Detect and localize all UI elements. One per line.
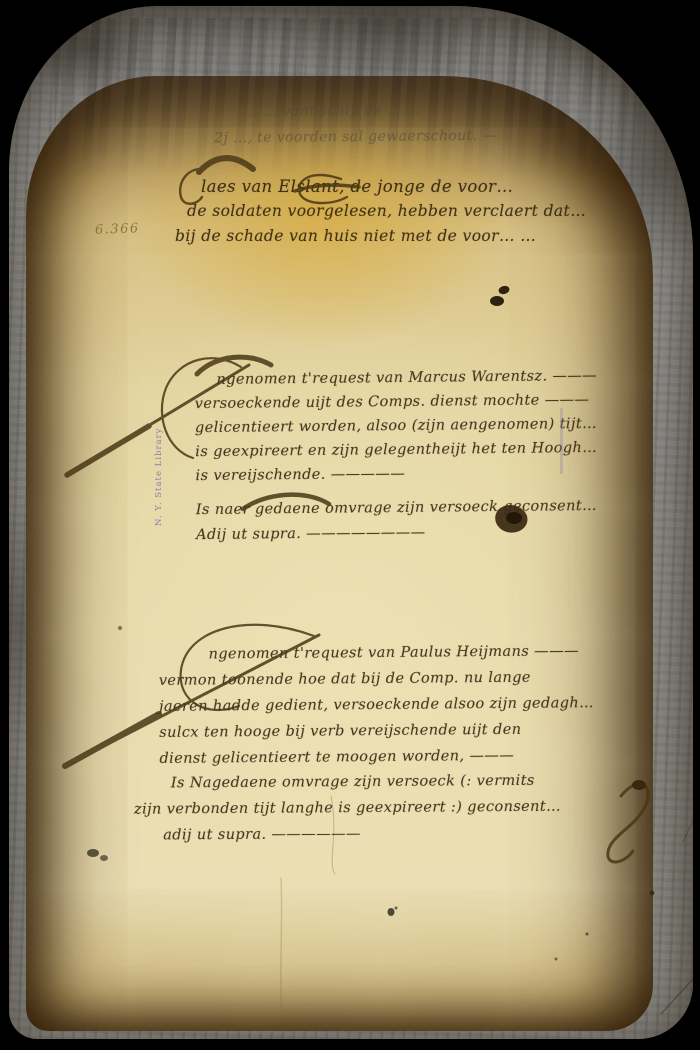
manuscript-line: 2j …, te voorden sal gewaerschout. —: [214, 123, 497, 151]
manuscript-line: bij de schade van huis niet met de voor……: [175, 224, 586, 249]
entry-marcus-warentsz: ngenomen t'request van Marcus Warentsz. …: [194, 364, 598, 488]
resolution-paulus: Is Nagedaene omvrage zijn versoeck (: ve…: [161, 768, 562, 849]
manuscript-line: laes van Elslant, de jonge de voor…: [201, 174, 586, 199]
manuscript-line: … …: [399, 71, 497, 98]
manuscript-line: adij ut supra. ——————: [163, 820, 561, 849]
paper-scratch: [661, 968, 693, 1014]
photo-backdrop: … … … … vant schip de … … 2j …, te voord…: [0, 0, 700, 1050]
manuscript-line: is geexpireert en zijn gelegentheijt het…: [195, 436, 598, 464]
manuscript-line: zijn verbonden tijt langhe is geexpireer…: [134, 794, 561, 823]
library-stamp: N. Y. State Library: [154, 418, 164, 526]
manuscript-line: Adij ut supra. ————————: [196, 519, 597, 548]
manuscript-line: … … vant schip de … …: [244, 97, 497, 125]
resolution-marcus: Is naer gedaene omvrage zijn versoeck ge…: [196, 494, 598, 548]
manuscript-line: vermon toonende hoe dat bij de Comp. nu …: [159, 664, 594, 694]
manuscript-line: sulcx ten hooge bij verb vereijschende u…: [159, 716, 594, 746]
manuscript-line: jaeren hadde gedient, versoeckende alsoo…: [159, 690, 594, 720]
entry-paulus-heijmans: ngenomen t'request van Paulus Heijmans —…: [158, 638, 594, 772]
paper-scratch: [683, 794, 693, 842]
manuscript-line: Is naer gedaene omvrage zijn versoeck ge…: [196, 494, 597, 523]
manuscript-line: de soldaten voorgelesen, hebben verclaer…: [187, 199, 586, 224]
archive-number: 6.366: [95, 221, 140, 238]
manuscript-line: is vereijschende. —————: [195, 460, 598, 488]
session-header: laes van Elslant, de jonge de voor… de s…: [175, 174, 586, 249]
manuscript-line: ngenomen t'request van Paulus Heijmans —…: [208, 638, 593, 667]
manuscript-line: Is Nagedaene omvrage zijn versoeck (: ve…: [171, 768, 561, 797]
faint-header-lines: … … … … vant schip de … … 2j …, te voord…: [214, 71, 497, 151]
manuscript-page: … … … … vant schip de … … 2j …, te voord…: [9, 6, 693, 1039]
